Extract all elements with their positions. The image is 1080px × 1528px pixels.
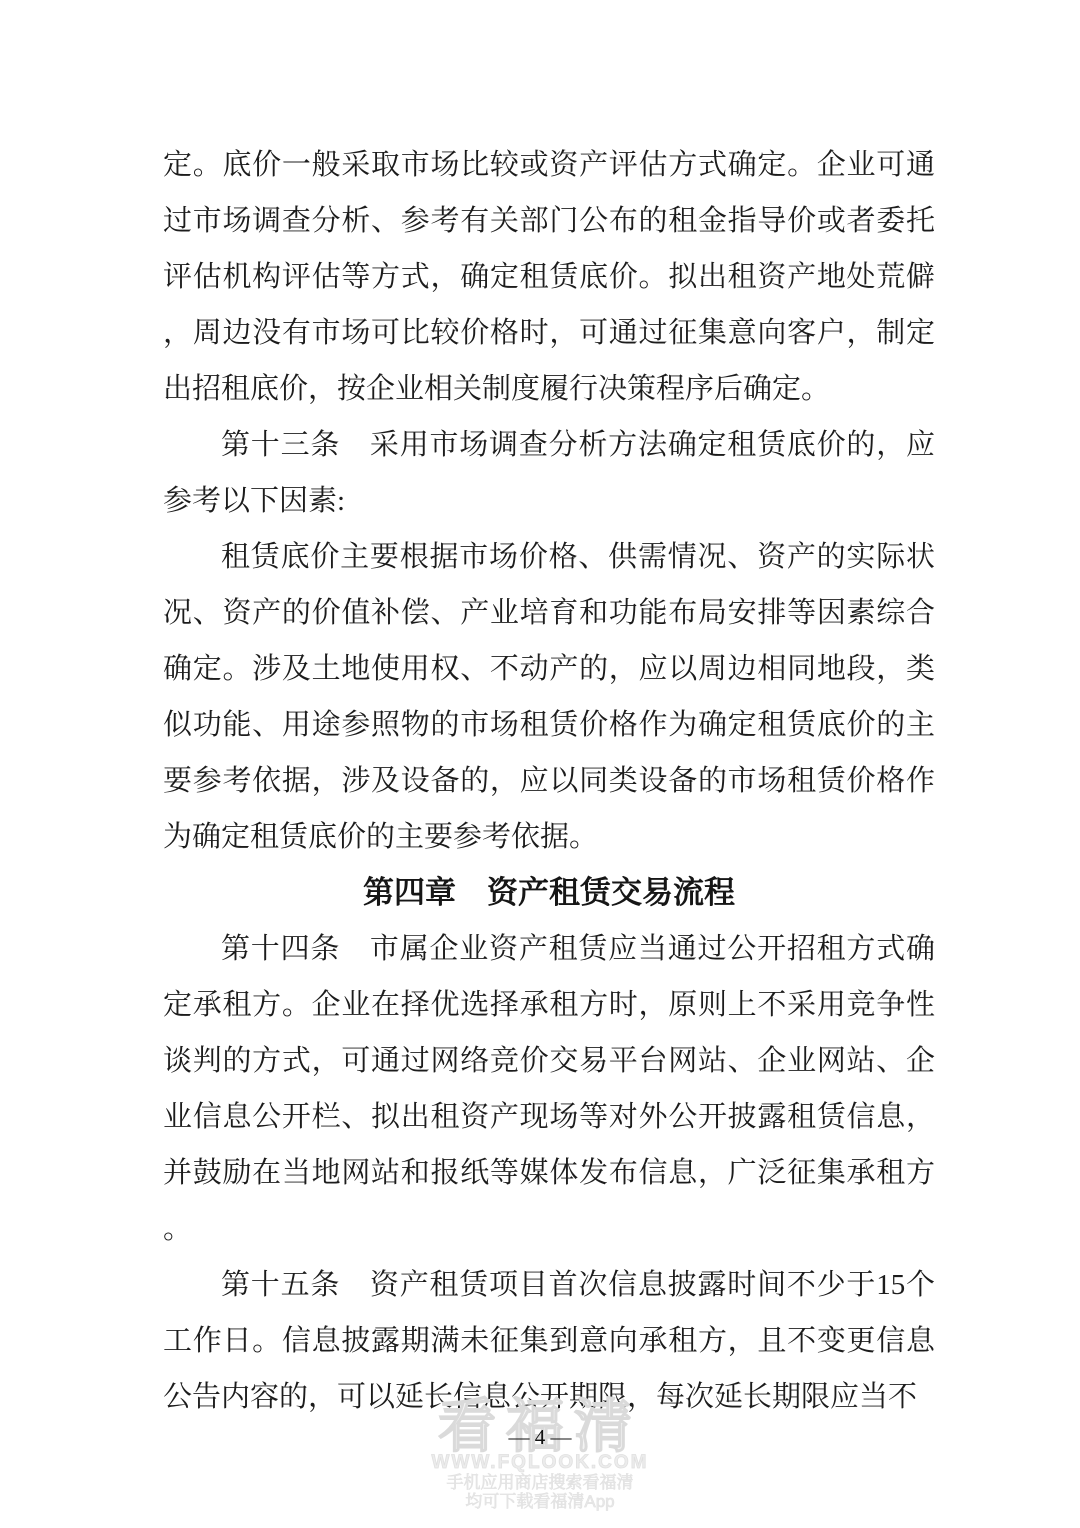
watermark-note-1: 手机应用商店搜索看福清 (0, 1473, 1080, 1492)
document-page: 定。底价一般采取市场比较或资产评估方式确定。企业可通过市场调查分析、参考有关部门… (0, 0, 1080, 1528)
paragraph-floor-price-factors: 租赁底价主要根据市场价格、供需情况、资产的实际状况、资产的价值补偿、产业培育和功… (163, 529, 935, 865)
watermark-url: WWW.FQLOOK.COM (0, 1452, 1080, 1473)
chapter-heading: 第四章 资产租赁交易流程 (163, 865, 935, 921)
paragraph-article-13: 第十三条 采用市场调查分析方法确定租赁底价的，应参考以下因素: (163, 417, 935, 529)
paragraph-article-14: 第十四条 市属企业资产租赁应当通过公开招租方式确定承租方。企业在择优选择承租方时… (163, 921, 935, 1257)
document-body: 定。底价一般采取市场比较或资产评估方式确定。企业可通过市场调查分析、参考有关部门… (163, 137, 935, 1425)
watermark: 看福清 WWW.FQLOOK.COM 手机应用商店搜索看福清 均可下载看福清Ap… (0, 1396, 1080, 1511)
paragraph-continuation: 定。底价一般采取市场比较或资产评估方式确定。企业可通过市场调查分析、参考有关部门… (163, 137, 935, 417)
watermark-note-2: 均可下载看福清App (0, 1492, 1080, 1511)
page-number: — 4 — (0, 1422, 1080, 1452)
